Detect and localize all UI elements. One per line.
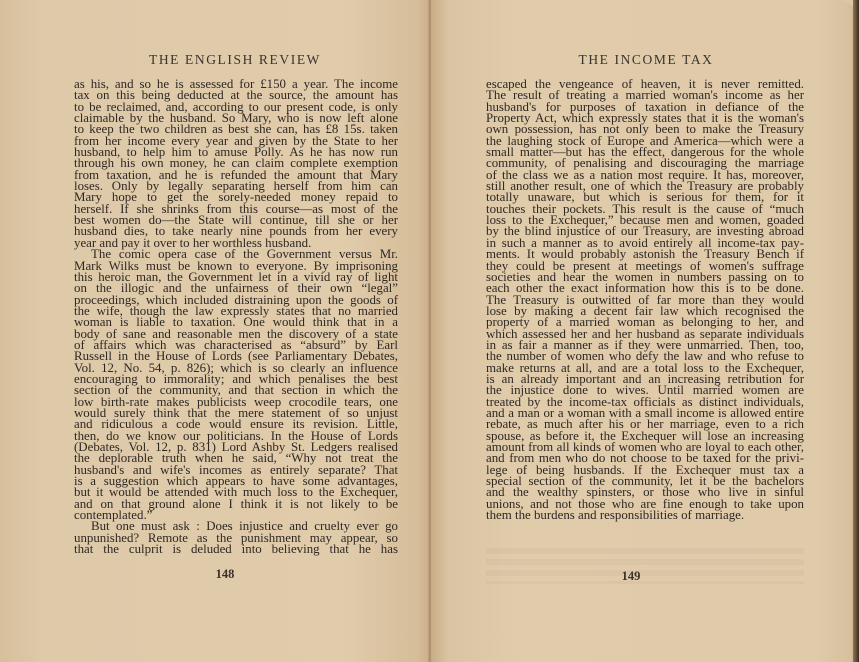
text-line: that the culprit is deluded into believi… bbox=[74, 544, 398, 555]
text-line: them the burdens and responsibilities of… bbox=[486, 510, 804, 521]
book-edge bbox=[853, 0, 859, 662]
left-page-body: as his, and so he is assessed for £150 a… bbox=[74, 79, 398, 555]
right-page: THE INCOME TAX escaped the vengeance of … bbox=[431, 0, 859, 662]
book-spread: THE ENGLISH REVIEW as his, and so he is … bbox=[0, 0, 859, 662]
left-page: THE ENGLISH REVIEW as his, and so he is … bbox=[0, 0, 431, 662]
page-number-right: 149 bbox=[606, 569, 656, 584]
right-page-body: escaped the vengeance of heaven, it is n… bbox=[486, 79, 804, 521]
running-head-left: THE ENGLISH REVIEW bbox=[75, 52, 395, 68]
running-head-right: THE INCOME TAX bbox=[491, 52, 801, 68]
page-number-left: 148 bbox=[200, 567, 250, 582]
